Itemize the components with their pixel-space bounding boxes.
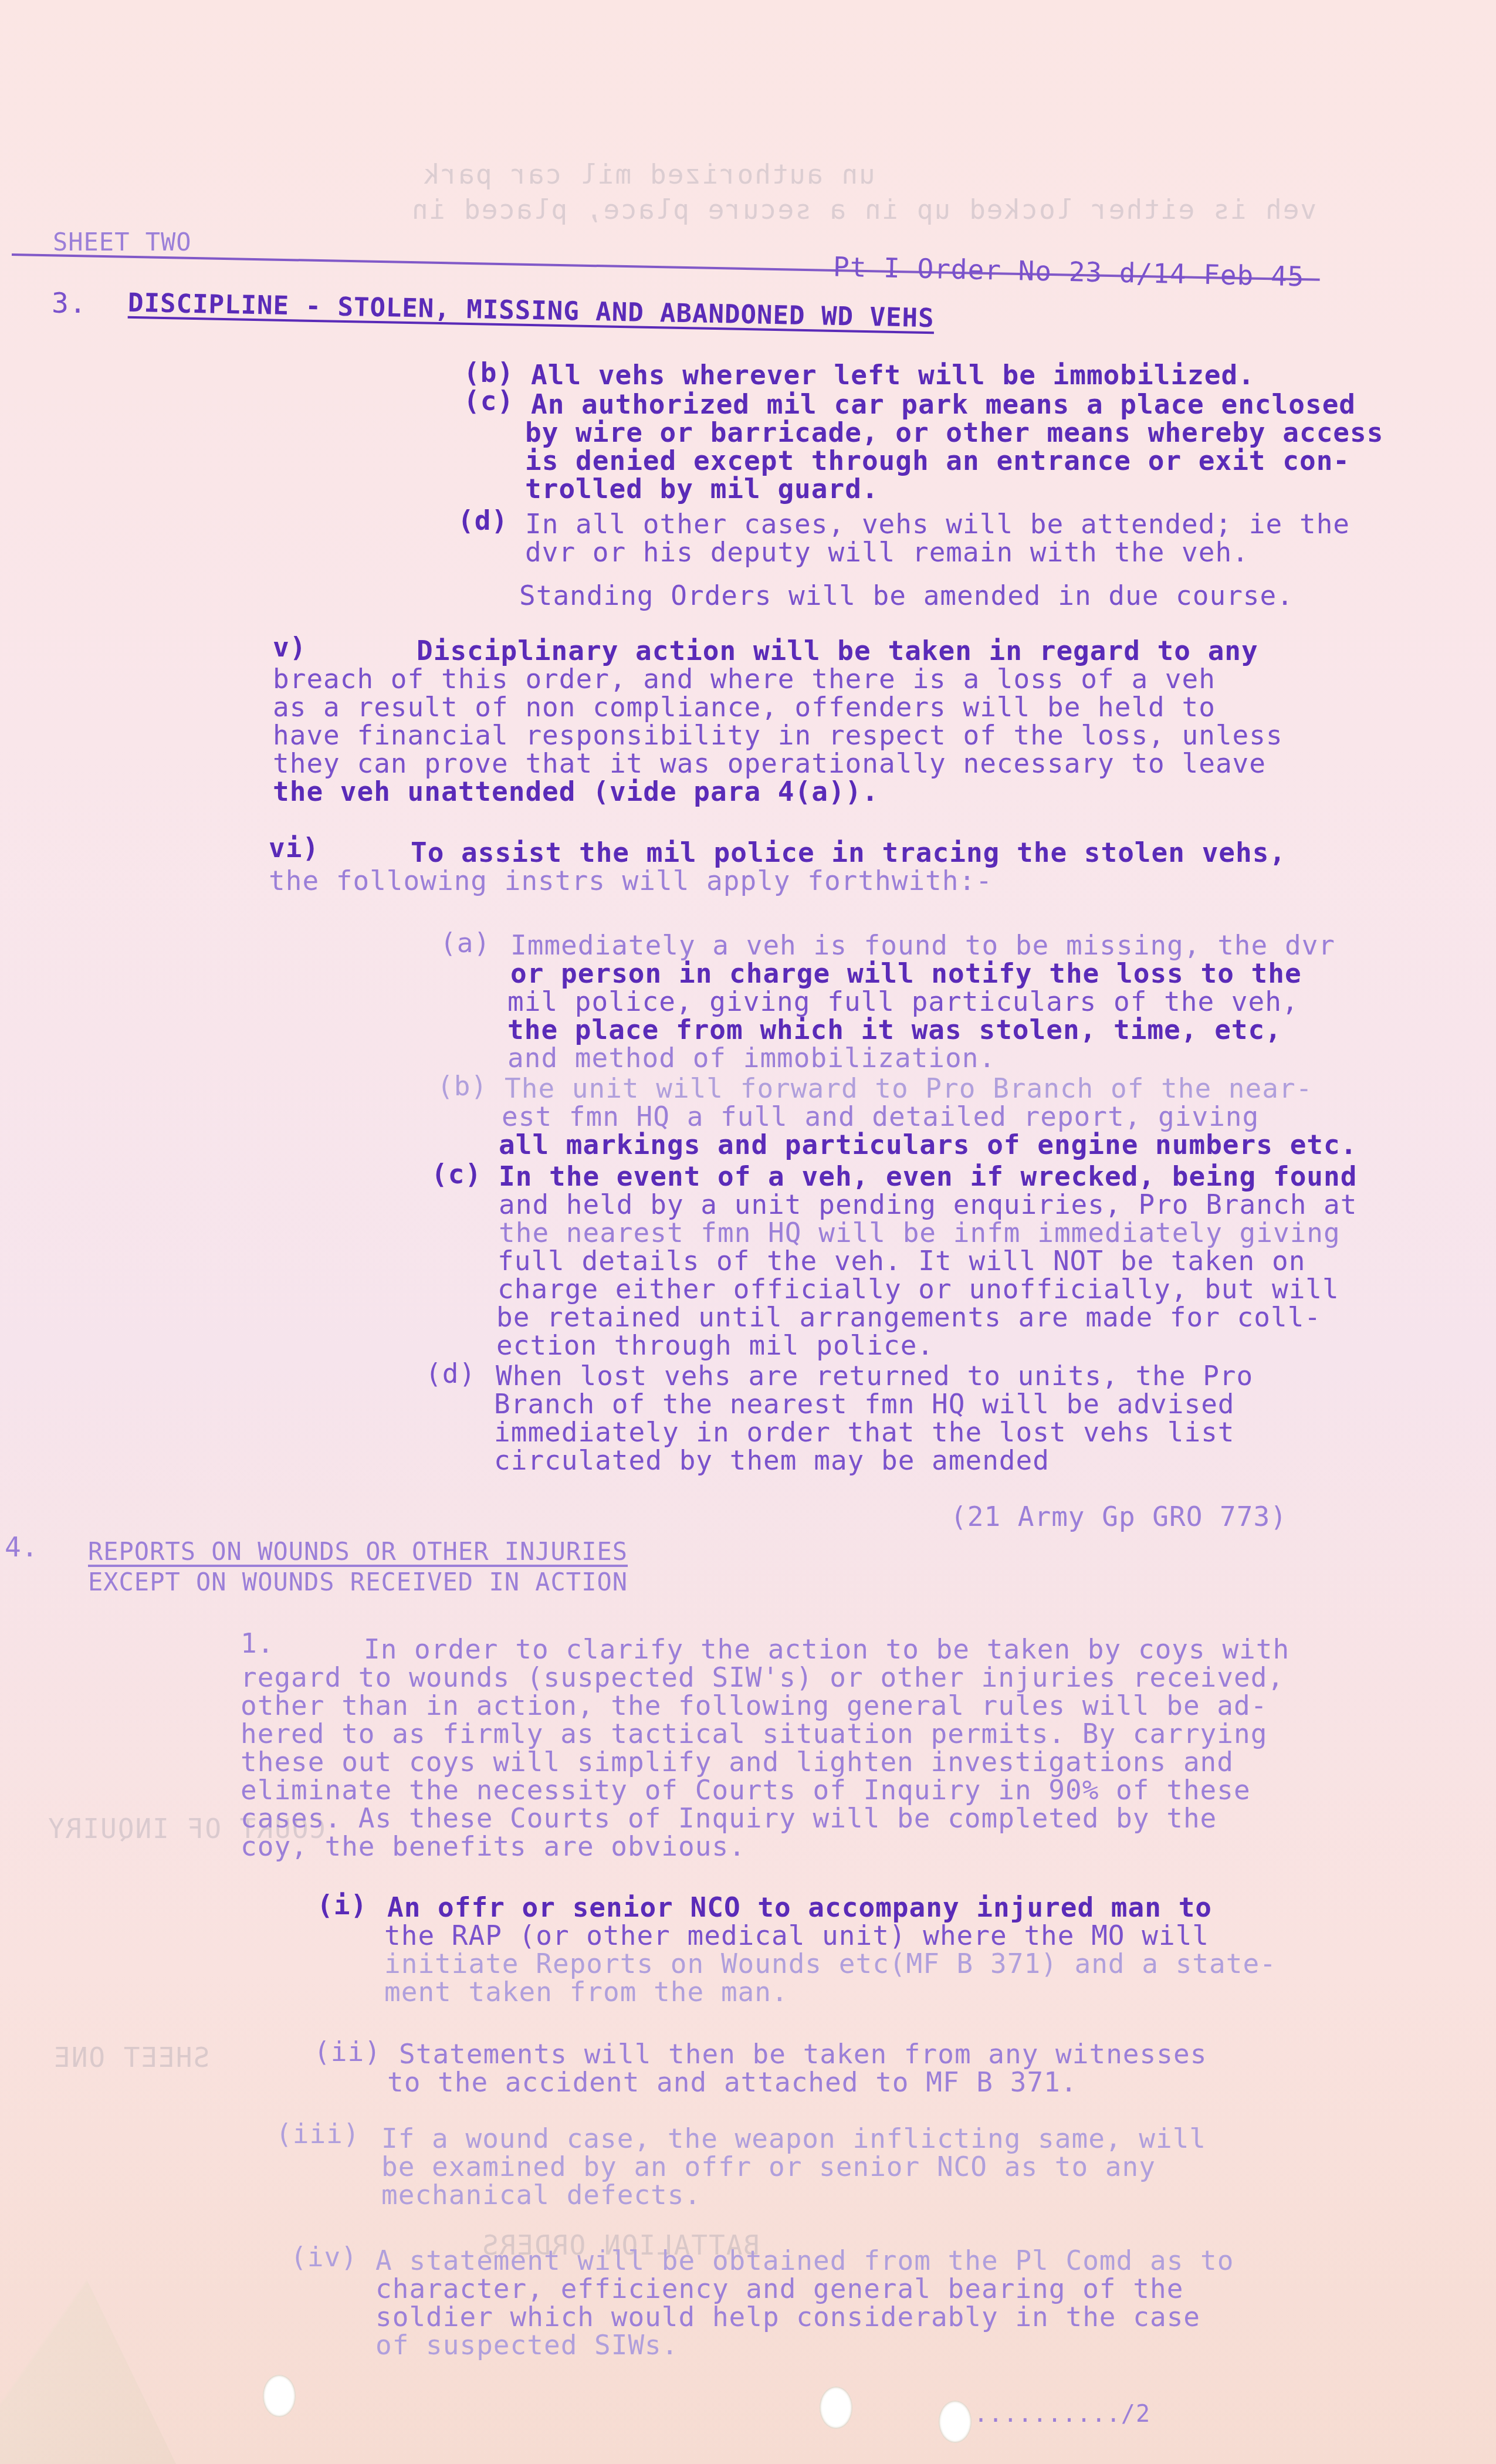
para-text: other than in action, the following gene… — [241, 1691, 1267, 1720]
sheet-label: SHEET TWO — [53, 228, 192, 257]
rule-text: character, efficiency and general bearin… — [375, 2274, 1183, 2303]
rule-text: A statement will be obtained from the Pl… — [375, 2246, 1234, 2275]
item-text: the nearest fmn HQ will be infm immediat… — [499, 1218, 1341, 1247]
item-label: (c) — [431, 1159, 482, 1189]
rule-label: (iv) — [290, 2242, 358, 2272]
rule-text: Statements will then be taken from any w… — [399, 2039, 1207, 2069]
para-text: the following instrs will apply forthwit… — [269, 866, 993, 895]
rule-text: to the accident and attached to MF B 371… — [387, 2067, 1077, 2097]
para-text: have financial responsibility in respect… — [273, 720, 1283, 750]
bleed-through-text: veh is either locked up in a secure plac… — [411, 194, 1316, 225]
item-text: In the event of a veh, even if wrecked, … — [499, 1162, 1357, 1191]
document-page: un authorized mil car park veh is either… — [0, 0, 1496, 2464]
bleed-through-text: SHEET ONE — [53, 2042, 209, 2073]
para-text: In order to clarify the action to be tak… — [364, 1634, 1289, 1664]
para-text: hered to as firmly as tactical situation… — [241, 1719, 1267, 1748]
continuation-marker: ........../2 — [974, 2399, 1150, 2429]
item-text: all markings and particulars of engine n… — [499, 1130, 1357, 1159]
para-text: they can prove that it was operationally… — [273, 749, 1266, 778]
rule-label: (i) — [317, 1890, 367, 1920]
item-text: immediately in order that the lost vehs … — [494, 1417, 1235, 1447]
para-text: To assist the mil police in tracing the … — [411, 838, 1286, 867]
para-text: the veh unattended (vide para 4(a)). — [273, 777, 879, 806]
item-label: (b) — [437, 1071, 488, 1101]
rule-text: initiate Reports on Wounds etc(MF B 371)… — [384, 1949, 1277, 1978]
item-text: Immediately a veh is found to be missing… — [510, 930, 1335, 960]
folded-corner — [0, 2100, 176, 2464]
section-4-title-line2: EXCEPT ON WOUNDS RECEIVED IN ACTION — [88, 1568, 628, 1597]
rule-text: be examined by an offr or senior NCO as … — [381, 2152, 1156, 2181]
item-text: or person in charge will notify the loss… — [510, 959, 1302, 988]
item-text: Branch of the nearest fmn HQ will be adv… — [494, 1389, 1235, 1419]
para-text: breach of this order, and where there is… — [273, 664, 1216, 693]
item-label: (d) — [458, 506, 508, 535]
section-3-number: 3. — [52, 289, 87, 318]
item-text: the place from which it was stolen, time… — [507, 1015, 1282, 1044]
para-label: v) — [273, 632, 306, 662]
rule-text: of suspected SIWs. — [375, 2330, 679, 2360]
item-text: ection through mil police. — [496, 1331, 934, 1360]
item-text: est fmn HQ a full and detailed report, g… — [502, 1102, 1259, 1131]
item-text: charge either officially or unofficially… — [497, 1274, 1339, 1304]
rule-text: soldier which would help considerably in… — [375, 2302, 1200, 2331]
para-text: eliminate the necessity of Courts of Inq… — [241, 1775, 1251, 1805]
para-text: regard to wounds (suspected SIW's) or ot… — [241, 1663, 1284, 1692]
para-text: these out coys will simplify and lighten… — [241, 1747, 1234, 1776]
bleed-through-text: un authorized mil car park — [422, 158, 875, 190]
standing-orders-note: Standing Orders will be amended in due c… — [519, 581, 1294, 610]
item-text: The unit will forward to Pro Branch of t… — [505, 1074, 1312, 1103]
section-3-title: DISCIPLINE - STOLEN, MISSING AND ABANDON… — [128, 289, 935, 333]
item-text: by wire or barricade, or other means whe… — [525, 418, 1383, 447]
item-text: In all other cases, vehs will be attende… — [525, 509, 1350, 539]
item-label: (b) — [463, 358, 514, 387]
item-text: be retained until arrangements are made … — [496, 1302, 1321, 1332]
rule-text: ment taken from the man. — [384, 1977, 788, 2006]
punch-hole — [820, 2387, 852, 2429]
item-text: circulated by them may be amended — [494, 1446, 1050, 1475]
item-text: All vehs wherever left will be immobiliz… — [531, 360, 1255, 390]
para-text: Disciplinary action will be taken in reg… — [417, 636, 1258, 665]
rule-text: If a wound case, the weapon inflicting s… — [381, 2124, 1206, 2153]
para-text: coy, the benefits are obvious. — [241, 1832, 746, 1861]
item-text: and held by a unit pending enquiries, Pr… — [499, 1190, 1357, 1219]
order-reference: Pt I Order No 23 d/14 Feb 45 — [833, 252, 1305, 292]
para-label: vi) — [269, 833, 319, 862]
item-text: is denied except through an entrance or … — [525, 446, 1350, 475]
rule-label: (iii) — [276, 2119, 360, 2148]
item-text: An authorized mil car park means a place… — [531, 390, 1356, 419]
item-label: (a) — [440, 928, 490, 957]
item-label: (d) — [425, 1359, 476, 1388]
item-text: full details of the veh. It will NOT be … — [497, 1246, 1305, 1275]
section-4-number: 4. — [5, 1532, 38, 1562]
item-text: mil police, giving full particulars of t… — [507, 987, 1299, 1016]
item-text: trolled by mil guard. — [525, 474, 879, 503]
item-text: When lost vehs are returned to units, th… — [496, 1361, 1253, 1390]
para-label: 1. — [241, 1629, 274, 1658]
source-reference: (21 Army Gp GRO 773) — [950, 1502, 1287, 1531]
para-text: cases. As these Courts of Inquiry will b… — [241, 1803, 1217, 1833]
punch-hole — [939, 2401, 972, 2443]
rule-text: the RAP (or other medical unit) where th… — [384, 1921, 1209, 1950]
rule-label: (ii) — [314, 2037, 381, 2066]
item-label: (c) — [463, 386, 514, 415]
item-text: and method of immobilization. — [507, 1043, 996, 1072]
punch-hole — [263, 2375, 296, 2417]
rule-text: An offr or senior NCO to accompany injur… — [387, 1893, 1212, 1922]
rule-text: mechanical defects. — [381, 2180, 701, 2209]
item-text: dvr or his deputy will remain with the v… — [525, 537, 1249, 567]
section-4-title-line1: REPORTS ON WOUNDS OR OTHER INJURIES — [88, 1537, 628, 1566]
para-text: as a result of non compliance, offenders… — [273, 692, 1216, 722]
